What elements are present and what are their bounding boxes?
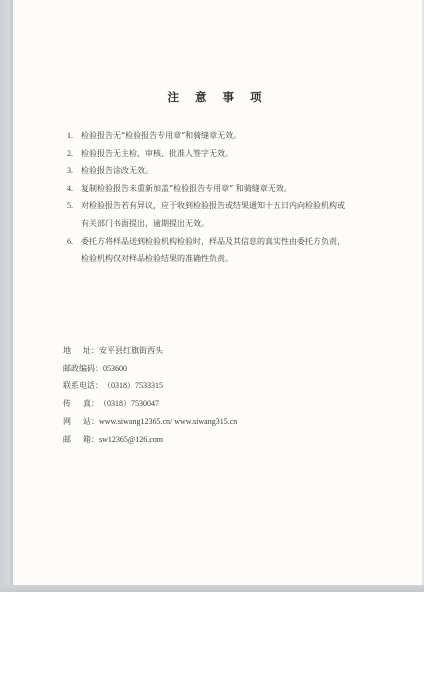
scanner-edge-left — [0, 0, 13, 592]
notice-text: 对检验报告若有异议，应于收到检验报告或结果通知十五日内向检验机构或 — [81, 197, 397, 215]
contact-address: 地址： 安平县红旗街西头 — [63, 342, 237, 360]
notice-text: 检验机构仅对样品检验结果的准确性负责。 — [81, 250, 397, 268]
notice-number: 5. — [67, 197, 81, 215]
notice-text: 有关部门书面提出，逾期提出无效。 — [81, 215, 397, 233]
notice-item-6-continued: 检验机构仅对样品检验结果的准确性负责。 — [67, 250, 397, 268]
notice-number: 2. — [67, 145, 81, 163]
contact-label: 联系电话 — [63, 377, 95, 395]
contact-value: sw12365@126.com — [99, 431, 163, 449]
contact-label: 网 — [63, 413, 71, 431]
contact-label: 邮政编码 — [63, 360, 95, 378]
contact-label: 传 — [63, 395, 71, 413]
contact-label: 邮 — [63, 431, 71, 449]
notice-number: 6. — [67, 233, 81, 251]
notice-text: 复制检验报告未重新加盖“检验报告专用章” 和骑缝章无效。 — [81, 180, 397, 198]
page-title: 注 意 事 项 — [13, 89, 422, 105]
contact-value: （0318）7533315 — [103, 377, 163, 395]
contact-phone: 联系电话： （0318）7533315 — [63, 377, 237, 395]
scanner-edge-bottom — [0, 585, 424, 592]
contact-website: 网站： www.siwang12365.cn/ www.siwang315.cn — [63, 413, 237, 431]
notice-item-4: 4. 复制检验报告未重新加盖“检验报告专用章” 和骑缝章无效。 — [67, 180, 397, 198]
contact-info: 地址： 安平县红旗街西头 邮政编码： 053600 联系电话： （0318）75… — [63, 342, 237, 448]
notice-item-5: 5. 对检验报告若有异议，应于收到检验报告或结果通知十五日内向检验机构或 — [67, 197, 397, 215]
notice-text: 委托方将样品送到检验机构检验时，样品及其信息的真实性由委托方负责， — [81, 233, 397, 251]
contact-fax: 传真： （0318）7530047 — [63, 395, 237, 413]
notice-number: 1. — [67, 127, 81, 145]
contact-label: 地 — [63, 342, 71, 360]
contact-value: 安平县红旗街西头 — [99, 342, 163, 360]
contact-email: 邮箱： sw12365@126.com — [63, 431, 237, 449]
notice-text: 检验报告涂改无效。 — [81, 162, 397, 180]
contact-value: 053600 — [103, 360, 127, 378]
notice-item-1: 1. 检验报告无“检验报告专用章”和骑缝章无效。 — [67, 127, 397, 145]
document-page: 注 意 事 项 1. 检验报告无“检验报告专用章”和骑缝章无效。 2. 检验报告… — [13, 0, 422, 586]
notice-item-5-continued: 有关部门书面提出，逾期提出无效。 — [67, 215, 397, 233]
notice-item-3: 3. 检验报告涂改无效。 — [67, 162, 397, 180]
notice-text: 检验报告无主检、审核、批准人签字无效。 — [81, 145, 397, 163]
notice-item-6: 6. 委托方将样品送到检验机构检验时，样品及其信息的真实性由委托方负责， — [67, 233, 397, 251]
notice-number: 3. — [67, 162, 81, 180]
notice-list: 1. 检验报告无“检验报告专用章”和骑缝章无效。 2. 检验报告无主检、审核、批… — [67, 127, 397, 268]
contact-value: www.siwang12365.cn/ www.siwang315.cn — [99, 413, 237, 431]
notice-number: 4. — [67, 180, 81, 198]
notice-item-2: 2. 检验报告无主检、审核、批准人签字无效。 — [67, 145, 397, 163]
contact-value: （0318）7530047 — [99, 395, 159, 413]
contact-postcode: 邮政编码： 053600 — [63, 360, 237, 378]
notice-text: 检验报告无“检验报告专用章”和骑缝章无效。 — [81, 127, 397, 145]
